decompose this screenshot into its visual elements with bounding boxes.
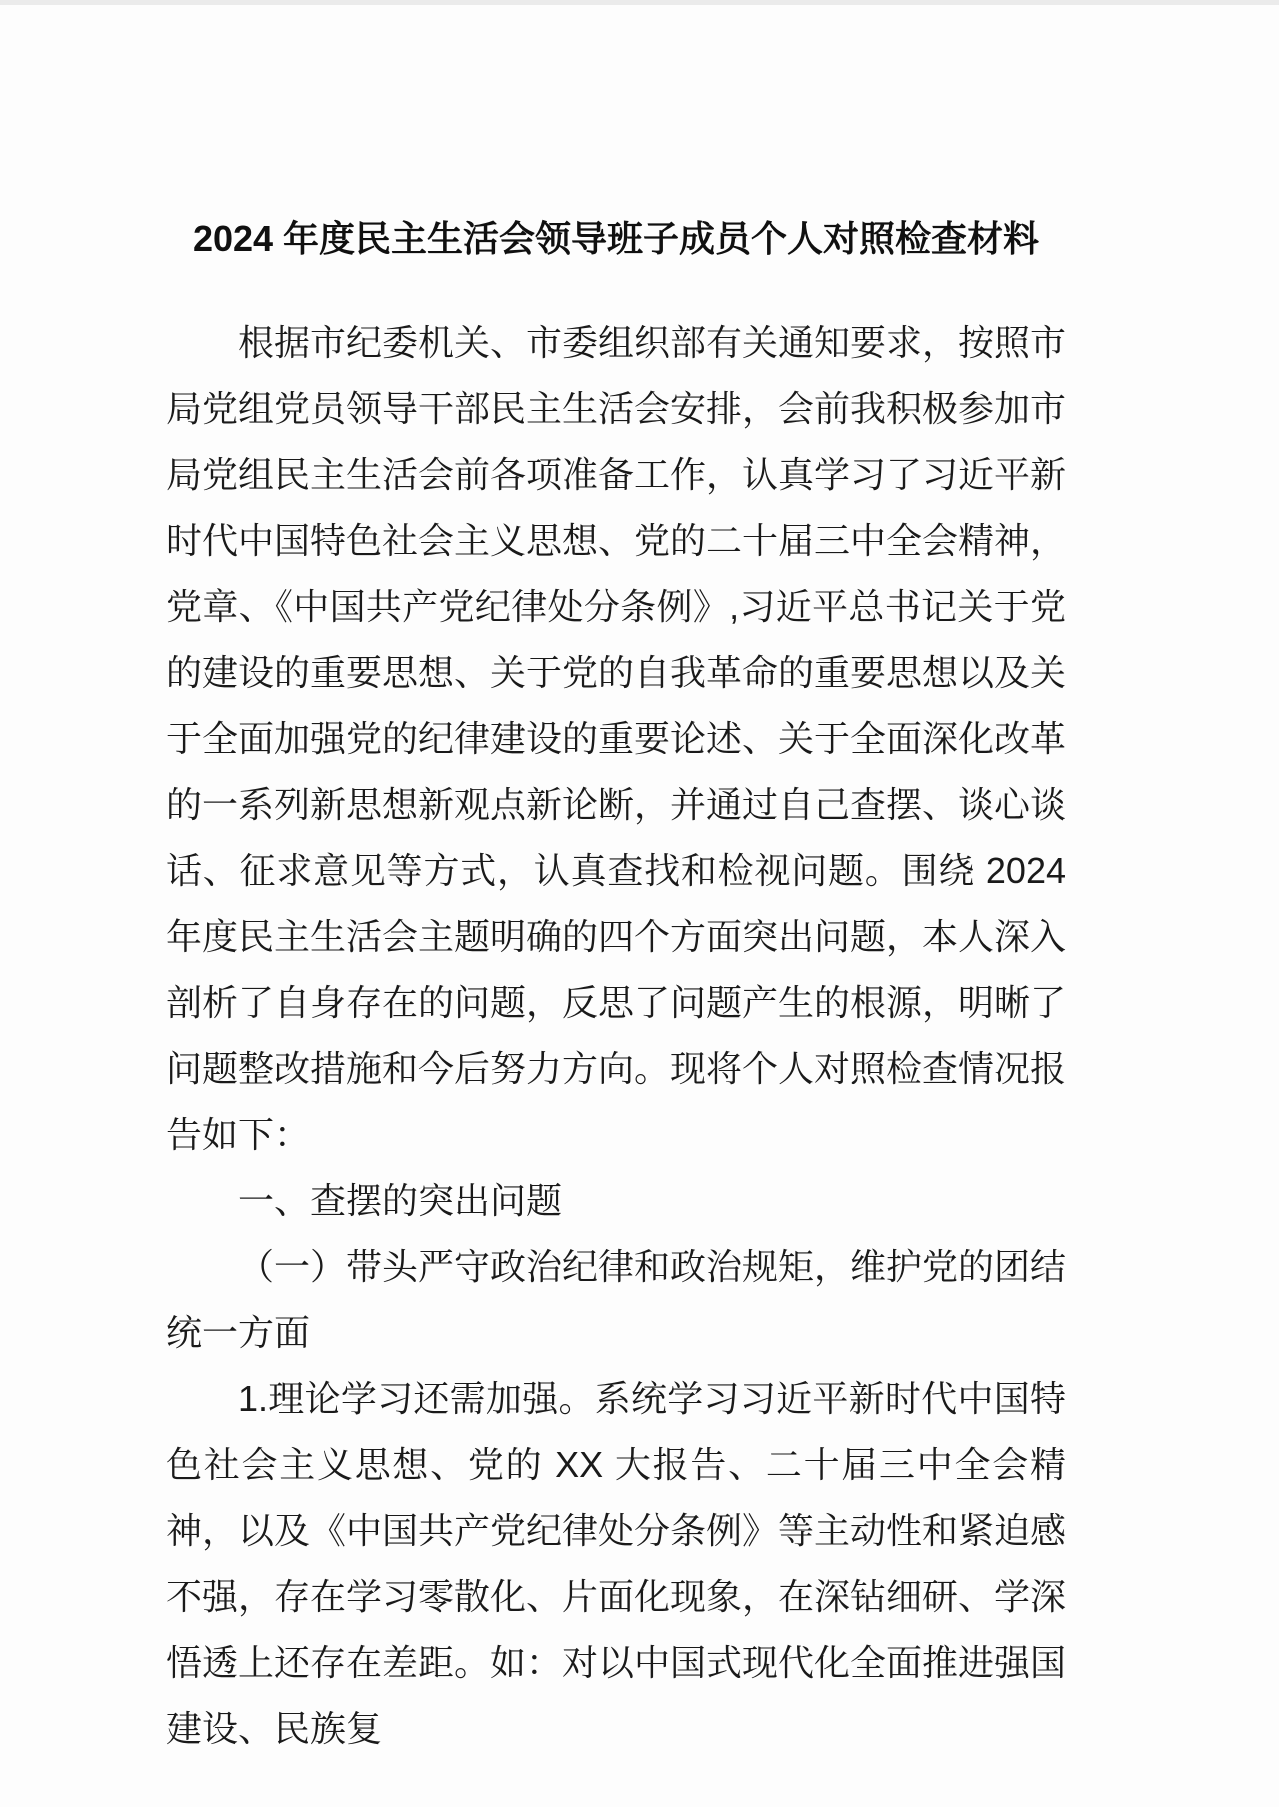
page-title: 2024 年度民主生活会领导班子成员个人对照检查材料 [166, 206, 1066, 272]
page-top-edge [0, 0, 1279, 5]
paragraph-item-1: 1.理论学习还需加强。系统学习习近平新时代中国特色社会主义思想、党的 XX 大报… [166, 1366, 1066, 1762]
paragraph-intro: 根据市纪委机关、市委组织部有关通知要求，按照市局党组党员领导干部民主生活会安排，… [166, 310, 1066, 1168]
document-body: 2024 年度民主生活会领导班子成员个人对照检查材料 根据市纪委机关、市委组织部… [166, 206, 1066, 1762]
paragraph-section-heading: 一、查摆的突出问题 [166, 1168, 1066, 1234]
paragraph-subsection-heading: （一）带头严守政治纪律和政治规矩，维护党的团结统一方面 [166, 1234, 1066, 1366]
document-page: 2024 年度民主生活会领导班子成员个人对照检查材料 根据市纪委机关、市委组织部… [0, 0, 1279, 1807]
